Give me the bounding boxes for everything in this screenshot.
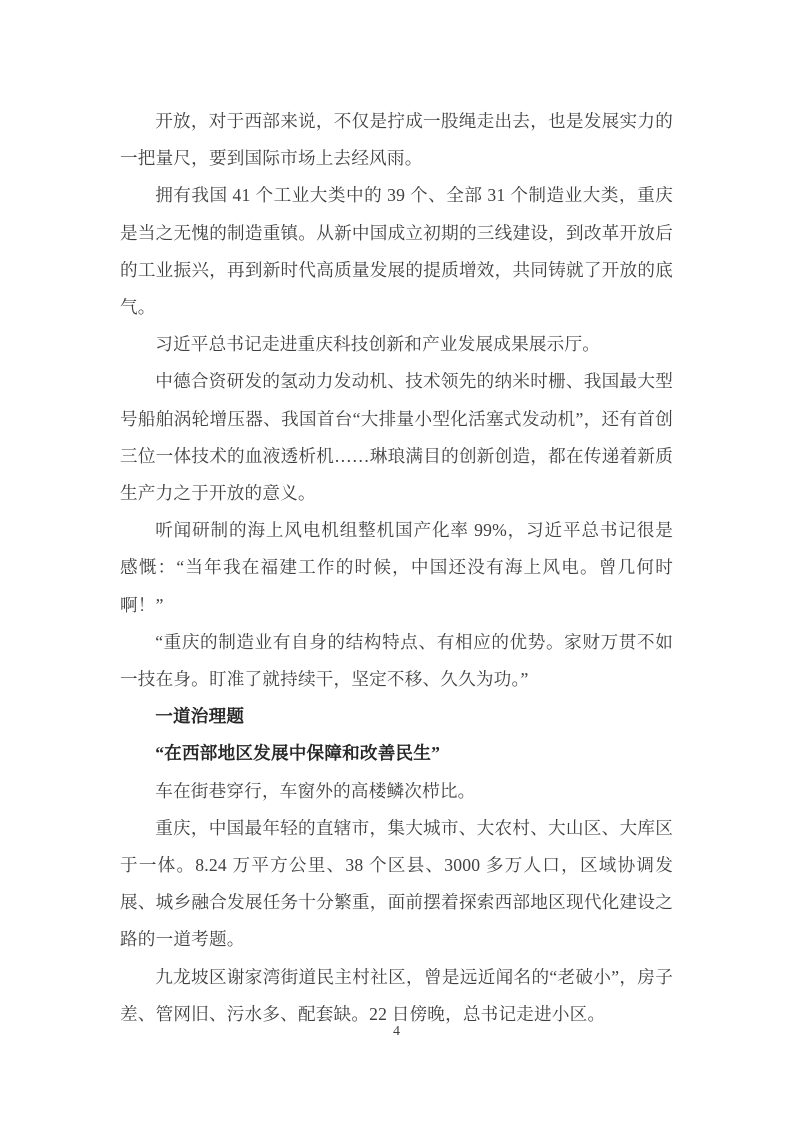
- paragraph: 开放，对于西部来说，不仅是拧成一股绳走出去，也是发展实力的一把量尺，要到国际市场…: [120, 103, 673, 177]
- paragraph: “重庆的制造业有自身的结构特点、有相应的优势。家财万贯不如一技在身。盯准了就持续…: [120, 624, 673, 698]
- paragraph: 听闻研制的海上风电机组整机国产化率 99%，习近平总书记很是感慨：“当年我在福建…: [120, 512, 673, 624]
- paragraph: 拥有我国 41 个工业大类中的 39 个、全部 31 个制造业大类，重庆是当之无…: [120, 177, 673, 326]
- paragraph: 习近平总书记走进重庆科技创新和产业发展成果展示厅。: [120, 326, 673, 363]
- article-text-block: 开放，对于西部来说，不仅是拧成一股绳走出去，也是发展实力的一把量尺，要到国际市场…: [120, 103, 673, 1033]
- document-page: 开放，对于西部来说，不仅是拧成一股绳走出去，也是发展实力的一把量尺，要到国际市场…: [0, 0, 793, 1122]
- page-number: 4: [0, 1022, 793, 1042]
- paragraph: 重庆，中国最年轻的直辖市，集大城市、大农村、大山区、大库区于一体。8.24 万平…: [120, 810, 673, 959]
- paragraph: 车在街巷穿行，车窗外的高楼鳞次栉比。: [120, 773, 673, 810]
- section-subheading-quote: “在西部地区发展中保障和改善民生”: [120, 735, 673, 772]
- section-heading-governance: 一道治理题: [120, 698, 673, 735]
- paragraph: 中德合资研发的氢动力发动机、技术领先的纳米时栅、我国最大型号船舶涡轮增压器、我国…: [120, 363, 673, 512]
